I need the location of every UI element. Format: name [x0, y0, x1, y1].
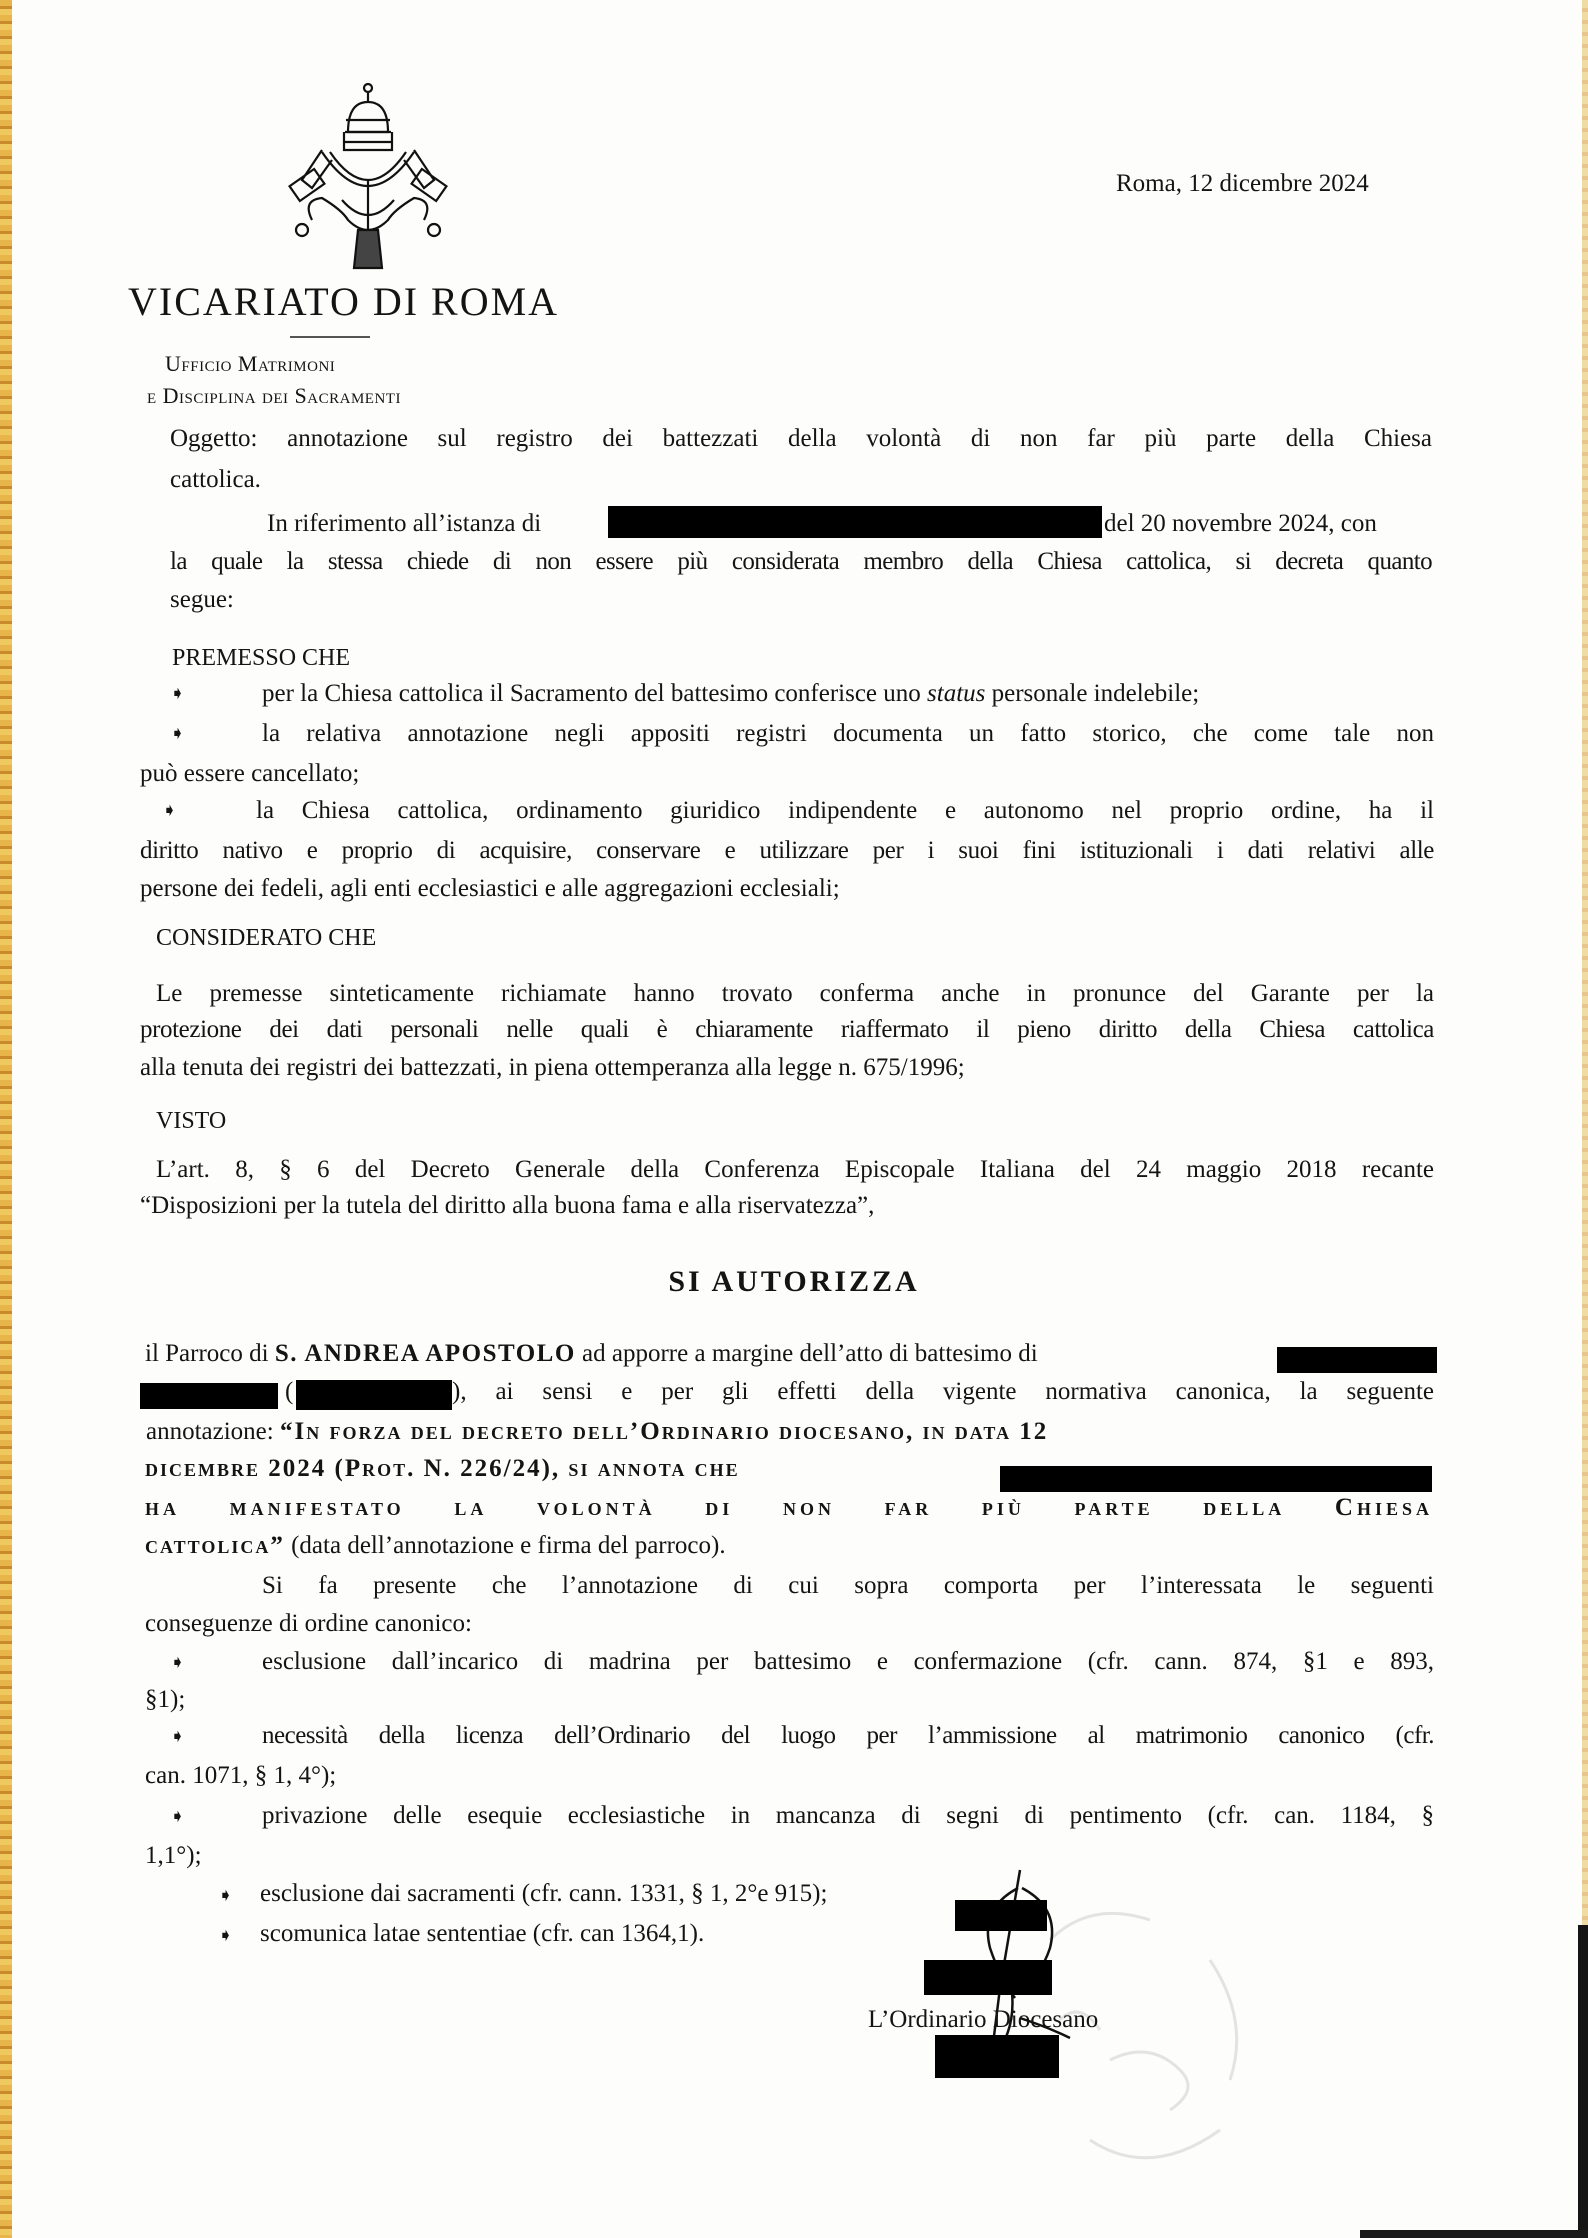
autorizza-line-6: cattolica” (data dell’annotazione e firm… — [145, 1532, 726, 1560]
arrow-bullet-icon: ➧ — [170, 1806, 185, 1827]
autorizza-line-2-open: ( — [285, 1378, 293, 1406]
consequences-intro-2: conseguenze di ordine canonico: — [145, 1610, 472, 1638]
subject-line-2: cattolica. — [170, 466, 261, 494]
premesso-item-2: la relativa annotazione negli appositi r… — [262, 720, 1434, 748]
redacted-name — [608, 506, 1102, 538]
autorizza-line-1: il Parroco di S. ANDREA APOSTOLO ad appo… — [145, 1340, 1038, 1368]
autorizza-line-4: dicembre 2024 (Prot. N. 226/24), si anno… — [145, 1455, 740, 1483]
arrow-bullet-icon: ➧ — [162, 800, 177, 821]
premesso-item-2-cont: può essere cancellato; — [140, 760, 359, 788]
considerato-heading: CONSIDERATO CHE — [156, 925, 376, 952]
arrow-bullet-icon: ➧ — [170, 1726, 185, 1747]
considerato-line-1: Le premesse sinteticamente richiamate ha… — [156, 980, 1434, 1008]
institution-name: VICARIATO DI ROMA — [128, 278, 559, 325]
redacted-birth-date — [296, 1380, 452, 1410]
consequence-item-5: scomunica latae sententiae (cfr. can 136… — [260, 1920, 704, 1948]
premesso-item-3: la Chiesa cattolica, ordinamento giuridi… — [256, 797, 1434, 825]
office-name: Ufficio Matrimoni e Disciplina dei Sacra… — [165, 348, 401, 412]
considerato-line-3: alla tenuta dei registri dei battezzati,… — [140, 1054, 965, 1082]
redacted-signature-part-2 — [924, 1960, 1052, 1995]
arrow-bullet-icon: ➧ — [170, 683, 185, 704]
consequence-item-2: necessità della licenza dell’Ordinario d… — [262, 1722, 1434, 1750]
office-line-1: Ufficio Matrimoni — [165, 348, 401, 380]
intro-line-3: segue: — [170, 586, 234, 614]
arrow-bullet-icon: ➧ — [170, 723, 185, 744]
signer-title: L’Ordinario Diocesano — [868, 2006, 1098, 2034]
decree-heading: SI AUTORIZZA — [0, 1265, 1588, 1299]
consequence-item-4: esclusione dai sacramenti (cfr. cann. 13… — [260, 1880, 827, 1908]
parish-name: S. ANDREA APOSTOLO — [275, 1340, 576, 1367]
intro-part-1: In riferimento all’istanza di — [267, 510, 541, 538]
redacted-signature-part-1 — [955, 1900, 1047, 1931]
intro-line-2: la quale la stessa chiede di non essere … — [170, 548, 1432, 576]
consequences-intro-1: Si fa presente che l’annotazione di cui … — [262, 1572, 1434, 1600]
office-line-2: e Disciplina dei Sacramenti — [147, 380, 401, 412]
autorizza-line-3: annotazione: “In forza del decreto dell’… — [146, 1418, 1434, 1446]
premesso-item-3-cont-2: persone dei fedeli, agli enti ecclesiast… — [140, 875, 840, 903]
premesso-item-3-cont-1: diritto nativo e proprio di acquisire, c… — [140, 837, 1434, 865]
visto-heading: VISTO — [156, 1108, 226, 1135]
considerato-line-2: protezione dei dati personali nelle qual… — [140, 1016, 1434, 1044]
redacted-first-name — [140, 1383, 278, 1409]
consequence-item-3: privazione delle esequie ecclesiastiche … — [262, 1802, 1434, 1830]
autorizza-line-5: ha manifestato la volontà di non far più… — [145, 1494, 1433, 1522]
consequence-item-2-cont: can. 1071, § 1, 4°); — [145, 1762, 336, 1790]
consequence-item-1: esclusione dall’incarico di madrina per … — [262, 1648, 1434, 1676]
arrow-bullet-icon: ➧ — [170, 1652, 185, 1673]
consequence-item-1-cont: §1); — [145, 1686, 185, 1714]
visto-line-2: “Disposizioni per la tutela del diritto … — [140, 1192, 874, 1220]
redacted-surname — [1277, 1347, 1437, 1373]
papal-coat-of-arms-icon — [282, 80, 454, 270]
title-divider — [290, 336, 370, 338]
arrow-bullet-icon: ➧ — [218, 1885, 233, 1906]
place-date: Roma, 12 dicembre 2024 — [1116, 170, 1369, 198]
arrow-bullet-icon: ➧ — [218, 1925, 233, 1946]
redacted-person-name — [1000, 1466, 1432, 1492]
visto-line-1: L’art. 8, § 6 del Decreto Generale della… — [156, 1156, 1434, 1184]
premesso-heading: PREMESSO CHE — [172, 645, 350, 672]
redacted-signer-name — [935, 2035, 1059, 2078]
intro-part-2: del 20 novembre 2024, con — [1104, 510, 1377, 538]
subject-line-1: Oggetto: annotazione sul registro dei ba… — [170, 425, 1432, 453]
letter-page: VICARIATO DI ROMA Ufficio Matrimoni e Di… — [0, 0, 1588, 2238]
autorizza-line-2: ), ai sensi e per gli effetti della vige… — [452, 1378, 1434, 1406]
premesso-item-1: per la Chiesa cattolica il Sacramento de… — [262, 680, 1199, 708]
consequence-item-3-cont: 1,1°); — [145, 1842, 202, 1870]
